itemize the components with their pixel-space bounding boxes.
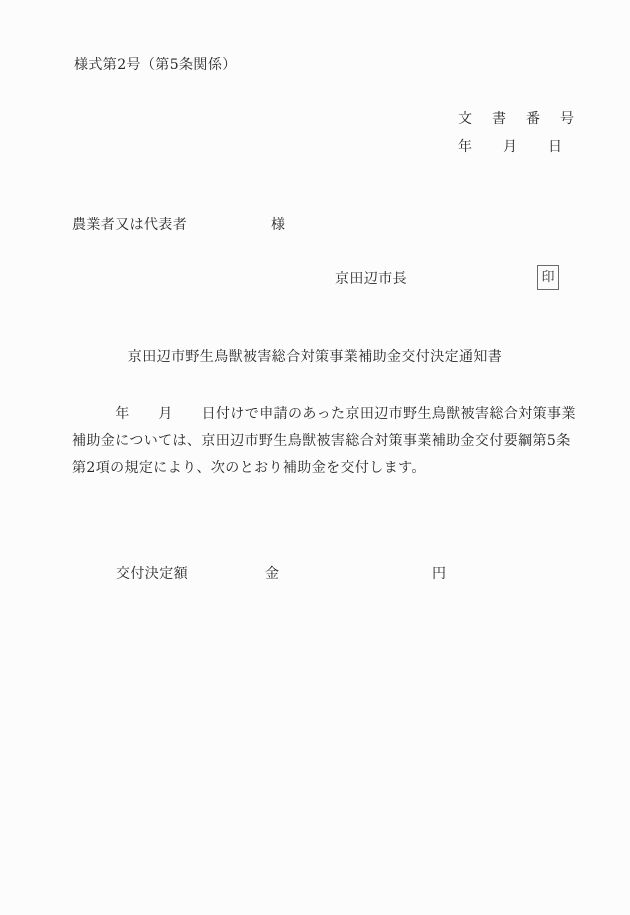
body-line-1: 年 月 日付けで申請のあった京田辺市野生鳥獣被害総合対策事業 [72, 401, 582, 428]
body-line-3: 第2項の規定により、次のとおり補助金を交付します。 [72, 455, 582, 482]
addressee-honorific: 様 [271, 214, 285, 234]
document-title: 京田辺市野生鳥獣被害総合対策事業補助金交付決定通知書 [0, 346, 630, 366]
addressee-label: 農業者又は代表者 [72, 214, 187, 234]
document-page: 様式第2号（第5条関係） 文 書 番 号 年 月 日 農業者又は代表者 様 京田… [0, 0, 630, 915]
seal-placeholder: 印 [537, 265, 559, 290]
amount-currency-suffix: 円 [432, 563, 446, 583]
form-number-label: 様式第2号（第5条関係） [74, 54, 237, 74]
date-placeholder: 年 月 日 [458, 136, 563, 156]
document-number-label: 文 書 番 号 [458, 108, 577, 128]
body-paragraph: 年 月 日付けで申請のあった京田辺市野生鳥獣被害総合対策事業 補助金については、… [72, 401, 582, 482]
body-line-2: 補助金については、京田辺市野生鳥獣被害総合対策事業補助金交付要綱第5条 [72, 428, 582, 455]
amount-currency-prefix: 金 [265, 563, 279, 583]
sender-title: 京田辺市長 [335, 268, 407, 288]
grant-amount-label: 交付決定額 [116, 563, 188, 583]
